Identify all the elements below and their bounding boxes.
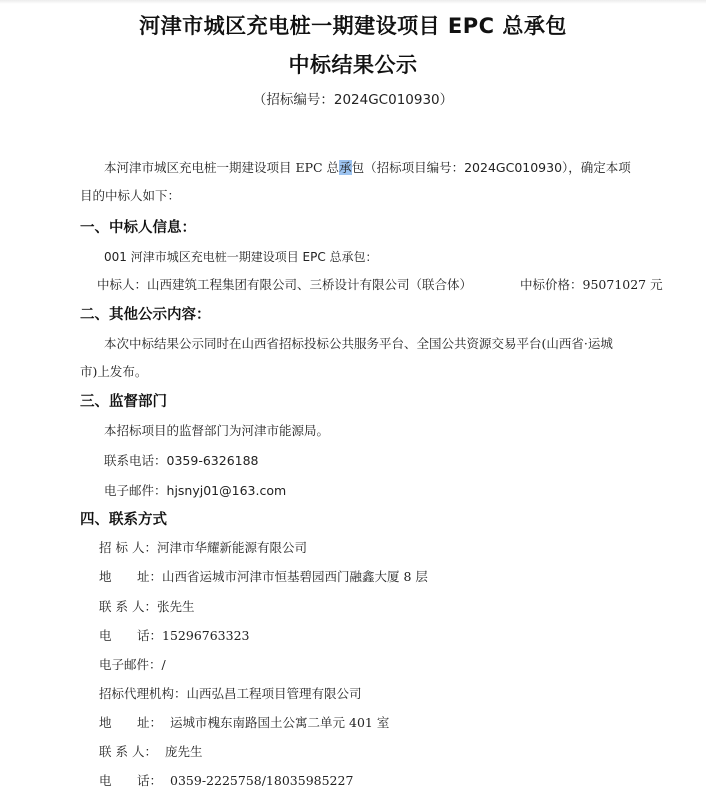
tenderer-email: /: [162, 657, 166, 672]
section-heading-supervision: 三、监督部门: [80, 390, 167, 411]
tenderer-value: 河津市华耀新能源有限公司: [157, 540, 307, 555]
tenderer-label: 招 标 人：: [99, 540, 157, 555]
section-heading-other-content: 二、其他公示内容：: [80, 303, 211, 324]
address-label: 地: [99, 713, 137, 731]
agency-name-line: 招标代理机构：山西弘昌工程项目管理有限公司: [99, 684, 362, 702]
supervision-phone-line: 联系电话：0359-6326188: [104, 451, 259, 469]
contact-label: 联 系 人：: [99, 744, 157, 759]
agency-phone: 0359-2225758/18035985227: [170, 773, 353, 788]
phone-label: 电: [99, 626, 137, 644]
section-heading-winner-info: 一、中标人信息：: [80, 216, 196, 237]
agency-value: 山西弘昌工程项目管理有限公司: [187, 686, 362, 701]
tenderer-contact: 张先生: [157, 599, 195, 614]
intro-text: 本河津市城区充电桩一期建设项目 EPC 总: [104, 160, 339, 175]
winner-line: 中标人：山西建筑工程集团有限公司、三桥设计有限公司（联合体）: [97, 275, 472, 293]
phone-label: 话：: [137, 773, 162, 788]
agency-address-line: 地址：运城市槐东南路国土公寓二单元 401 室: [99, 713, 389, 731]
other-content-line-1: 本次中标结果公示同时在山西省招标投标公共服务平台、全国公共资源交易平台(山西省·…: [104, 334, 613, 352]
phone-label: 联系电话：: [104, 453, 167, 468]
contact-label: 联 系 人：: [99, 599, 157, 614]
document-title-line1: 河津市城区充电桩一期建设项目 EPC 总承包: [0, 10, 706, 40]
document-page: 河津市城区充电桩一期建设项目 EPC 总承包 中标结果公示 （招标编号：2024…: [0, 0, 706, 794]
tenderer-phone-line: 电话：15296763323: [99, 626, 250, 644]
address-label: 址：: [137, 715, 162, 730]
document-title-line2: 中标结果公示: [0, 49, 706, 79]
intro-line-2: 目的中标人如下：: [80, 186, 180, 204]
phone-label: 话：: [137, 628, 162, 643]
agency-label: 招标代理机构：: [99, 686, 187, 701]
intro-text: 包（招标项目编号：: [352, 160, 465, 175]
email-value[interactable]: hjsnyj01@163.com: [167, 483, 287, 498]
price-line: 中标价格：95071027 元: [520, 275, 663, 293]
other-content-line-2: 市)上发布。: [80, 362, 147, 380]
agency-contact: 庞先生: [165, 744, 203, 759]
intro-text: ），确定本项: [562, 160, 631, 175]
phone-label: 电: [99, 771, 137, 789]
package-line: 001 河津市城区充电桩一期建设项目 EPC 总承包：: [104, 248, 378, 265]
section-heading-contact: 四、联系方式: [80, 508, 167, 529]
tenderer-address-line: 地址：山西省运城市河津市恒基碧园西门融鑫大厦 8 层: [99, 567, 428, 585]
email-label: 电子邮件：: [99, 657, 162, 672]
intro-line-1[interactable]: 本河津市城区充电桩一期建设项目 EPC 总承包（招标项目编号：2024GC010…: [104, 158, 631, 176]
email-label: 电子邮件：: [104, 483, 167, 498]
tender-code: 2024GC010930: [464, 160, 562, 175]
phone-value: 0359-6326188: [167, 453, 259, 468]
agency-address: 运城市槐东南路国土公寓二单元 401 室: [170, 715, 389, 730]
tenderer-name-line: 招 标 人：河津市华耀新能源有限公司: [99, 538, 307, 556]
tenderer-contact-line: 联 系 人：张先生: [99, 597, 194, 615]
address-label: 址：: [137, 569, 162, 584]
price-label: 中标价格：: [520, 277, 583, 292]
agency-contact-line: 联 系 人：庞先生: [99, 742, 202, 760]
supervision-text: 本招标项目的监督部门为河津市能源局。: [104, 421, 329, 439]
address-label: 地: [99, 567, 137, 585]
tenderer-email-line: 电子邮件：/: [99, 655, 166, 673]
supervision-email-line: 电子邮件：hjsnyj01@163.com: [104, 481, 286, 499]
winner-value: 山西建筑工程集团有限公司、三桥设计有限公司（联合体）: [147, 277, 472, 292]
agency-phone-line: 电话：0359-2225758/18035985227: [99, 771, 353, 789]
price-value: 95071027 元: [583, 277, 663, 292]
winner-label: 中标人：: [97, 277, 147, 292]
tenderer-phone: 15296763323: [162, 628, 249, 643]
text-selection[interactable]: 承: [339, 160, 352, 175]
tenderer-address: 山西省运城市河津市恒基碧园西门融鑫大厦 8 层: [162, 569, 428, 584]
tender-number-subtitle: （招标编号：2024GC010930）: [0, 88, 706, 108]
